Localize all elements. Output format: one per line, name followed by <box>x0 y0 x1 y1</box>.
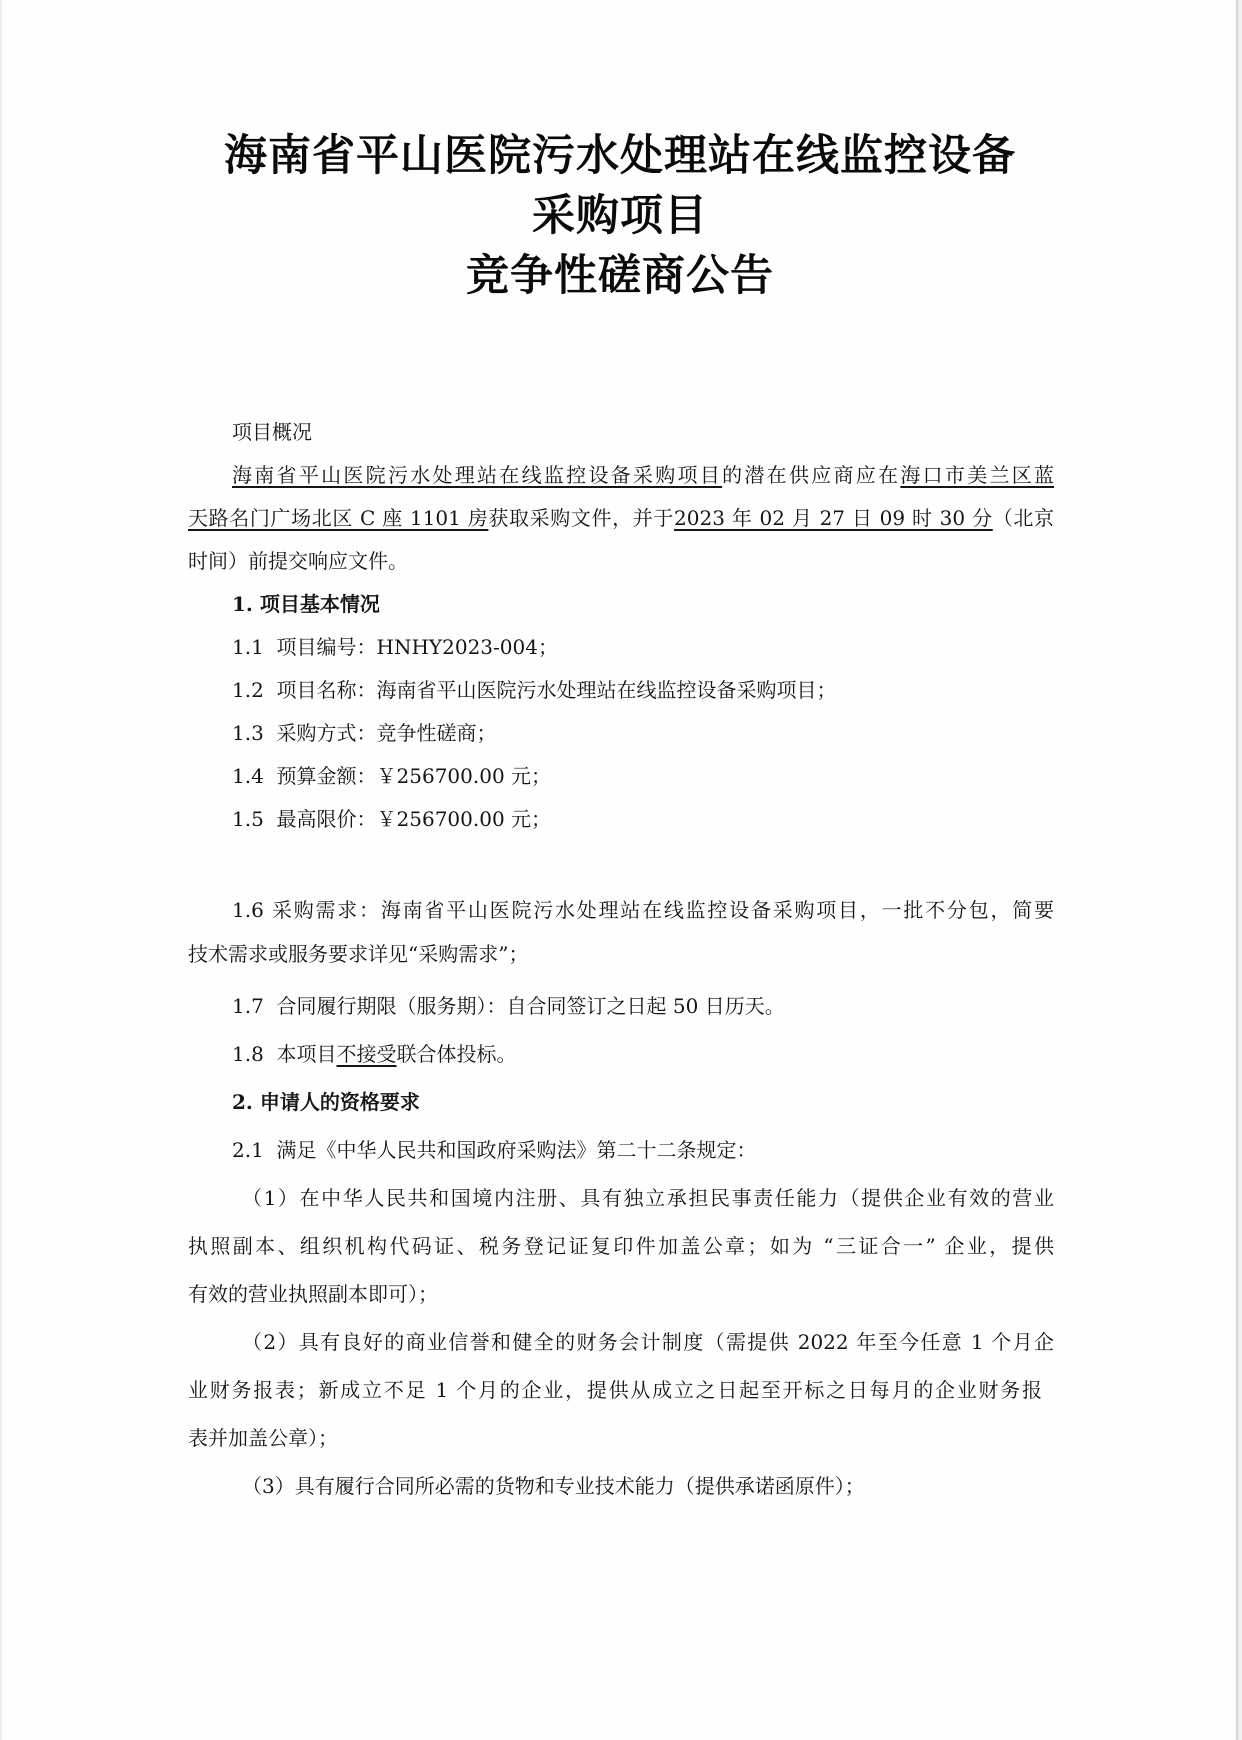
item-number: 1.7 <box>232 994 264 1018</box>
item-text: 满足《中华人民共和国政府采购法》第二十二条规定： <box>277 1138 757 1162</box>
item-1-6-continuation: 技术需求或服务要求详见“采购需求”； <box>188 940 528 968</box>
item-number: 2.1 <box>232 1138 264 1162</box>
overview-text: 获取采购文件，并于 <box>488 506 674 530</box>
item-text: 预算金额：￥256700.00 元； <box>277 764 552 788</box>
item-text: 联合体投标。 <box>397 1042 517 1066</box>
requirement-1-line-2: 执照副本、组织机构代码证、税务登记证复印件加盖公章；如为 “三证合一” 企业，提… <box>188 1232 1054 1260</box>
document-title-line-2: 采购项目 <box>2 186 1238 246</box>
requirement-1-line-1: （1）在中华人民共和国境内注册、具有独立承担民事责任能力（提供企业有效的营业 <box>242 1184 1054 1212</box>
item-1-5: 1.5 最高限价：￥256700.00 元； <box>232 805 551 833</box>
item-text: 项目编号：HNHY2023-004； <box>277 635 558 659</box>
requirement-3-line-1: （3）具有履行合同所必需的货物和专业技术能力（提供承诺函原件）； <box>242 1472 865 1500</box>
overview-text: 的潜在供应商应在 <box>722 463 900 487</box>
item-text: 采购需求：海南省平山医院污水处理站在线监控设备采购项目，一批不分包，简要 <box>272 898 1054 922</box>
requirement-2-line-3: 表并加盖公章）； <box>188 1424 338 1452</box>
address-part-2: 天路名门广场北区 C 座 1101 房 <box>188 506 488 530</box>
overview-paragraph-line-1: 海南省平山医院污水处理站在线监控设备采购项目的潜在供应商应在海口市美兰区蓝 <box>232 461 1054 489</box>
item-1-8: 1.8 本项目不接受联合体投标。 <box>232 1040 517 1068</box>
requirement-2-line-2: 业财务报表；新成立不足 1 个月的企业，提供从成立之日起至开标之日每月的企业财务… <box>188 1376 1042 1404</box>
item-1-6: 1.6 采购需求：海南省平山医院污水处理站在线监控设备采购项目，一批不分包，简要 <box>232 896 1054 924</box>
item-number: 1.8 <box>232 1042 264 1066</box>
item-1-7: 1.7 合同履行期限（服务期）：自合同签订之日起 50 日历天。 <box>232 992 785 1020</box>
requirement-2-line-1: （2）具有良好的商业信誉和健全的财务会计制度（需提供 2022 年至今任意 1 … <box>242 1328 1054 1356</box>
item-text: 采购方式：竞争性磋商； <box>277 721 497 745</box>
requirement-1-line-3: 有效的营业执照副本即可）； <box>188 1280 438 1308</box>
item-number: 1.5 <box>232 807 264 831</box>
overview-paragraph-line-2: 天路名门广场北区 C 座 1101 房获取采购文件，并于2023 年 02 月 … <box>188 504 1054 532</box>
document-page: 海南省平山医院污水处理站在线监控设备 采购项目 竞争性磋商公告 项目概况 海南省… <box>2 0 1238 1740</box>
overview-paragraph-line-3: 时间）前提交响应文件。 <box>188 547 408 575</box>
not-accepted-text: 不接受 <box>337 1042 397 1066</box>
item-1-4: 1.4 预算金额：￥256700.00 元； <box>232 762 551 790</box>
item-text: 最高限价：￥256700.00 元； <box>277 807 552 831</box>
item-1-3: 1.3 采购方式：竞争性磋商； <box>232 719 497 747</box>
item-text: 本项目 <box>277 1042 337 1066</box>
item-number: 1.6 <box>232 898 264 922</box>
section-2-heading: 2. 申请人的资格要求 <box>232 1088 420 1116</box>
item-text: 项目名称：海南省平山医院污水处理站在线监控设备采购项目； <box>277 678 837 702</box>
project-name-link: 海南省平山医院污水处理站在线监控设备采购项目 <box>232 463 722 487</box>
item-2-1: 2.1 满足《中华人民共和国政府采购法》第二十二条规定： <box>232 1136 757 1164</box>
section-1-heading: 1. 项目基本情况 <box>232 590 380 618</box>
item-number: 1.3 <box>232 721 264 745</box>
item-1-2: 1.2 项目名称：海南省平山医院污水处理站在线监控设备采购项目； <box>232 676 837 704</box>
document-title-line-1: 海南省平山医院污水处理站在线监控设备 <box>2 126 1238 186</box>
submission-deadline: 2023 年 02 月 27 日 09 时 30 分 <box>674 506 993 530</box>
item-number: 1.1 <box>232 635 264 659</box>
overview-heading: 项目概况 <box>232 418 312 446</box>
address-part-1: 海口市美兰区蓝 <box>900 463 1054 487</box>
item-text: 合同履行期限（服务期）：自合同签订之日起 50 日历天。 <box>277 994 785 1018</box>
item-number: 1.2 <box>232 678 264 702</box>
item-number: 1.4 <box>232 764 264 788</box>
overview-text: （北京 <box>993 506 1054 530</box>
document-title-line-3: 竞争性磋商公告 <box>2 246 1238 306</box>
item-1-1: 1.1 项目编号：HNHY2023-004； <box>232 633 558 661</box>
